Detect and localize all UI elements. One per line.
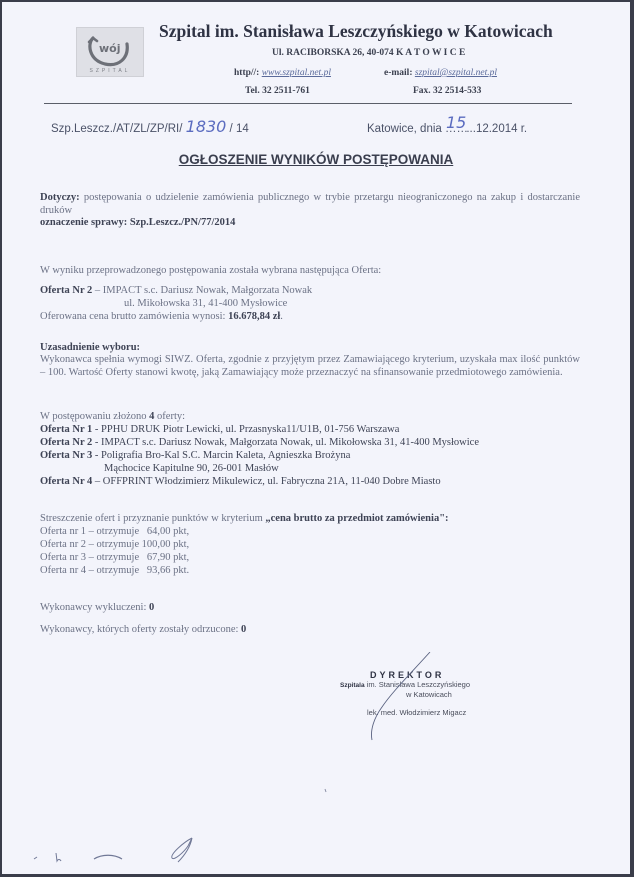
subject-section: Dotyczy: postępowania o udzielenie zamów…: [40, 192, 580, 230]
offers-intro-prefix: W postępowaniu złożono: [40, 411, 149, 422]
justification-heading: Uzasadnienie wyboru:: [40, 342, 140, 353]
scores-criterion: „cena brutto za przedmiot zamówienia":: [265, 513, 448, 524]
website-label: http//:: [234, 68, 262, 78]
offer-item: Oferta Nr 2 - IMPACT s.c. Dariusz Nowak,…: [40, 437, 580, 450]
subject-text: postępowania o udzielenie zamówienia pub…: [40, 192, 580, 216]
rejected-offers: Wykonawcy, których oferty zostały odrzuc…: [40, 624, 580, 637]
offer-item-address: Mąchocice Kapitulne 90, 26-001 Masłów: [40, 463, 580, 476]
handwritten-marks-icon: [2, 762, 630, 874]
smile-logo-icon: wój: [83, 30, 139, 70]
offer-label: Oferta Nr 3: [40, 450, 92, 461]
handwritten-signature-icon: [332, 652, 432, 742]
offer-text: – OFFPRINT Włodzimierz Mikulewicz, ul. F…: [92, 476, 440, 487]
email: e-mail: szpital@szpital.net.pl: [384, 68, 497, 78]
header-divider: [44, 103, 572, 104]
price-value: 16.678,84 zł: [228, 311, 280, 322]
handwritten-day: 15: [446, 113, 466, 132]
score-points: 64,00 pkt,: [139, 526, 189, 539]
scores-intro: Streszczenie ofert i przyznanie punktów …: [40, 513, 580, 526]
logo-subtitle: SZPITAL: [77, 68, 143, 74]
website: http//: www.szpital.net.pl: [234, 68, 331, 78]
hospital-name: Szpital im. Stanisława Leszczyńskiego w …: [159, 21, 553, 42]
offer-item: Oferta Nr 4 – OFFPRINT Włodzimierz Mikul…: [40, 476, 580, 489]
score-row: Oferta nr 4 – otrzymuje93,66 pkt.: [40, 565, 580, 578]
offers-intro: W postępowaniu złożono 4 oferty:: [40, 411, 580, 424]
price-label: Oferowana cena brutto zamówienia wynosi:: [40, 311, 228, 322]
selected-offer: Oferta Nr 2 – IMPACT s.c. Dariusz Nowak,…: [40, 285, 580, 298]
offer-text: - IMPACT s.c. Dariusz Nowak, Małgorzata …: [92, 437, 479, 448]
offer-item: Oferta Nr 1 - PPHU DRUK Piotr Lewicki, u…: [40, 424, 580, 437]
selected-offer-label: Oferta Nr 2: [40, 285, 92, 296]
offer-text: - Poligrafia Bro-Kal S.C. Marcin Kaleta,…: [92, 450, 350, 461]
offer-text: - PPHU DRUK Piotr Lewicki, ul. Przasnysk…: [92, 424, 399, 435]
excluded-contractors: Wykonawcy wykluczeni: 0: [40, 602, 580, 615]
score-points: 100,00 pkt,: [139, 539, 189, 552]
score-offer: Oferta nr 2 – otrzymuje: [40, 539, 139, 550]
telephone: Tel. 32 2511-761: [245, 86, 310, 96]
excluded-label: Wykonawcy wykluczeni:: [40, 602, 149, 613]
rejected-label: Wykonawcy, których oferty zostały odrzuc…: [40, 624, 241, 635]
hospital-logo: wój SZPITAL: [76, 27, 144, 77]
email-link[interactable]: szpital@szpital.net.pl: [415, 68, 497, 78]
score-points: 67,90 pkt,: [139, 552, 189, 565]
excluded-value: 0: [149, 602, 154, 613]
offer-label: Oferta Nr 4: [40, 476, 92, 487]
fax: Fax. 32 2514-533: [413, 86, 481, 96]
date-suffix: ...12.2014 r.: [466, 123, 527, 135]
scores-intro-text: Streszczenie ofert i przyznanie punktów …: [40, 513, 265, 524]
offer-label: Oferta Nr 2: [40, 437, 92, 448]
website-link[interactable]: www.szpital.net.pl: [262, 68, 331, 78]
case-number: oznaczenie sprawy: Szp.Leszcz./PN/77/201…: [40, 217, 235, 228]
score-row: Oferta nr 3 – otrzymuje67,90 pkt,: [40, 552, 580, 565]
svg-text:wój: wój: [99, 42, 121, 55]
score-row: Oferta nr 2 – otrzymuje100,00 pkt,: [40, 539, 580, 552]
reference-suffix: / 14: [226, 123, 248, 135]
price-end: .: [280, 311, 283, 322]
offer-label: Oferta Nr 1: [40, 424, 92, 435]
document-title: OGŁOSZENIE WYNIKÓW POSTĘPOWANIA: [2, 152, 630, 167]
email-label: e-mail:: [384, 68, 415, 78]
justification-text: Wykonawca spełnia wymogi SIWZ. Oferta, z…: [40, 354, 580, 379]
date-prefix: Katowice, dnia: [367, 123, 445, 135]
justification-label: Uzasadnienie wyboru:: [40, 342, 580, 355]
handwritten-number: 1830: [186, 117, 227, 136]
selected-offer-company: – IMPACT s.c. Dariusz Nowak, Małgorzata …: [92, 285, 312, 296]
document-page: wój SZPITAL Szpital im. Stanisława Leszc…: [2, 2, 630, 874]
subject-label: Dotyczy:: [40, 192, 80, 203]
selected-offer-address: ul. Mikołowska 31, 41-400 Mysłowice: [40, 298, 580, 311]
place-date: Katowice, dnia ……15...12.2014 r.: [367, 117, 527, 136]
selection-intro: W wyniku przeprowadzonego postępowania z…: [40, 265, 580, 278]
score-row: Oferta nr 1 – otrzymuje64,00 pkt,: [40, 526, 580, 539]
offers-intro-suffix: oferty:: [154, 411, 185, 422]
reference-number: Szp.Leszcz./AT/ZL/ZP/RI/ 1830 / 14: [51, 117, 249, 136]
rejected-value: 0: [241, 624, 246, 635]
score-points: 93,66 pkt.: [139, 565, 189, 578]
offered-price: Oferowana cena brutto zamówienia wynosi:…: [40, 311, 580, 324]
score-offer: Oferta nr 1 – otrzymuje: [40, 526, 139, 537]
score-offer: Oferta nr 4 – otrzymuje: [40, 565, 139, 576]
offer-item: Oferta Nr 3 - Poligrafia Bro-Kal S.C. Ma…: [40, 450, 580, 463]
hospital-address: Ul. RACIBORSKA 26, 40-074 K A T O W I C …: [272, 48, 465, 58]
score-offer: Oferta nr 3 – otrzymuje: [40, 552, 139, 563]
reference-prefix: Szp.Leszcz./AT/ZL/ZP/RI/: [51, 123, 186, 135]
